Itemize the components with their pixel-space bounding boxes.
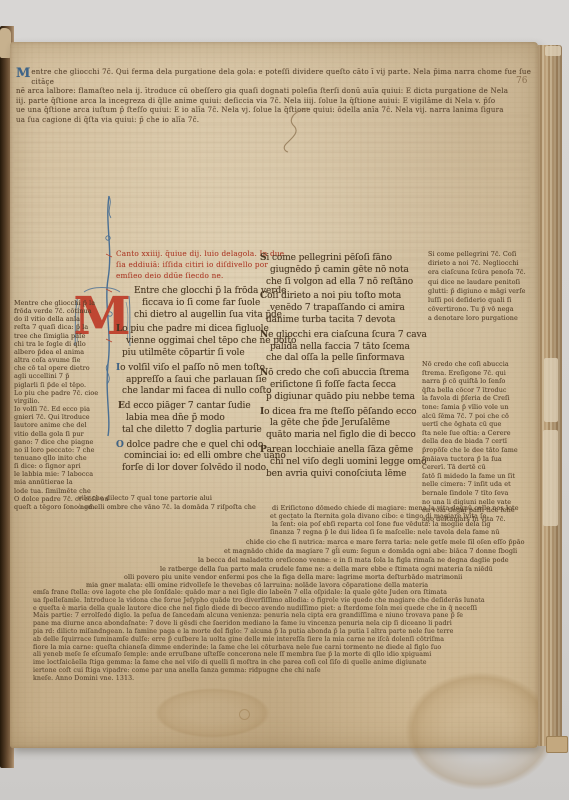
gloss-line: iertone coſt cui ſtiga vipadre: come par…: [33, 667, 541, 675]
verse-text: appreſſo a ſaui che parlauan ſie: [126, 375, 267, 385]
gloss-line: la favola di p̄ſeria de Creſi: [422, 394, 540, 403]
gloss-line: Io volſi 7c̄. Ed ecco pia: [14, 405, 110, 413]
gloss-line: albero p̄dea el anima: [14, 348, 110, 356]
verse-text: ficcava io ſi come far ſuole: [142, 298, 260, 308]
verse-text: arean locchiaie anella ſāza gēme: [267, 445, 413, 455]
gloss-line: a denotare loro purgatione: [428, 314, 540, 323]
gloss-line: bernale ſindole 7 tīto ſeva: [422, 489, 540, 498]
verse-text: o piu che padre mi dicea figluole: [122, 324, 268, 334]
gloss-line: agli uccellini 7 p̄: [14, 372, 110, 380]
verse-text: giugnēdo p̄ camin gēte nō nota: [270, 265, 409, 275]
fore-edge-tab: [546, 736, 568, 753]
stain-ring: [239, 709, 250, 720]
verse-line: Si come pellegrini pēſoſi fāno: [260, 253, 448, 265]
gloss-line: iij. parte q̄ſtione arca la incegreza di…: [16, 97, 534, 107]
gloss-line: ime loctſaicāella ſtiga gemma: la fame c…: [33, 659, 541, 667]
gloss-line: tone: ſamia p̄ vīlio vole un: [422, 403, 540, 412]
verse-text: venēdo 7 trapaſſando ci amira: [270, 303, 405, 313]
gloss-line: virgilio.: [14, 397, 110, 405]
verse-line: Coſi dirieto a noi piu toſto mota: [260, 291, 448, 303]
gloss-line: luſſi poi deſiderio quali ſi: [428, 296, 540, 305]
fore-edge-corner-notch: [545, 46, 561, 56]
verse-line: Parean locchiaie anella ſāza gēme: [260, 445, 448, 457]
gloss-fragment: la becca del maladetto oreſicono venne: …: [198, 556, 509, 564]
gloss-fragment: ò ed elli ombre che vāno 7c̄. la domāda …: [78, 503, 256, 511]
gloss-line: tenuano qllo inito che: [14, 454, 110, 462]
gloss-line: piglarli ſi p̄de el tēpo.: [14, 381, 110, 389]
gloss-line: Mentre che gliocchi p̄ la: [14, 299, 110, 307]
gloss-line: uertī che ōghata cū que: [422, 420, 540, 429]
top-gloss-initial: M: [16, 68, 30, 79]
left-margin-gloss: Mentre che gliocchi p̄ lafrōda verde 7c̄…: [14, 299, 110, 511]
verse-text: d ecco piāger 7 cantar ſudie: [125, 401, 251, 411]
gloss-fragment: la ſent̄: oia poſ ebſi reparta col ſone …: [272, 520, 491, 528]
pen-flourish-squiggle: [278, 104, 314, 154]
verse-text: forſe di lor dover ſolvēdo il nodo: [122, 463, 266, 473]
verse-capital: N: [260, 330, 268, 340]
water-stain-small: [155, 688, 270, 738]
verse-capital: O: [116, 440, 124, 450]
gloss-line: ſtrema. Ereſigone 7c̄. qui: [422, 369, 540, 378]
gloss-line: ab delle ſquirrace ſuminamſe dulſe: erre…: [33, 636, 541, 644]
verse-text: dolce padre che e quel chi odo: [124, 440, 263, 450]
gloss-line: era ciaſcuna ſcūra penoſa 7c̄.: [428, 268, 540, 277]
bottom-commentary-block: emſa frane ſtella: ove lagote che ple ſo…: [33, 589, 541, 683]
verse-text: ō credo che coſi abuccia ſtrema: [268, 368, 409, 378]
verse-text: che ſi volgon ad ella 7 nō reſtāno: [266, 277, 413, 287]
gloss-line: della dea de biada 7 certī: [422, 437, 540, 446]
verse-line: giugnēdo p̄ camin gēte nō nota: [270, 265, 448, 277]
verse-text: o dicea fra me ſteſſo pēſando ecco: [264, 407, 416, 417]
verse-text: che dal oſſa la pelle ſinformava: [266, 353, 405, 363]
gloss-line: Lo piu che padre 7c̄. cioe: [14, 389, 110, 397]
verse-text: chi nel viſo degli uomini legge omo: [270, 457, 426, 467]
water-stain-large: [405, 672, 555, 790]
gloss-line: no il loro peccato: 7 che: [14, 446, 110, 454]
verse-line: che ſi volgon ad ella 7 nō reſtāno: [266, 277, 448, 289]
gloss-line: reſta 7 quaſi dica: p̄ la: [14, 323, 110, 331]
gloss-line: ua ſua cagione di q̄ſta via quiui: p̄ ch…: [16, 116, 534, 126]
verse-line: ben avria quivi conoſciuta lēme: [266, 469, 448, 481]
gloss-line: emſa frane ſtella: ove lagote che ple ſo…: [33, 589, 541, 597]
gloss-line: nē arca lalbore: flamaſteo nela ij. ītro…: [16, 87, 534, 97]
gloss-line: narra p̄ cō quiſtā lo ſenſo: [422, 377, 540, 386]
photo-background: { "folio": { "number": "76" }, "colors":…: [0, 0, 569, 800]
verse-capital: E: [118, 401, 125, 411]
gloss-line: gano: 7 dice che piagne: [14, 438, 110, 446]
gloss-fragment: di Eriſictono dōmedo chiede di magiare: …: [272, 504, 519, 512]
gloss-line: vitio della gola ſi pur: [14, 430, 110, 438]
gloss-fragment: chide cio che ſi nutrica: marca e mare f…: [246, 538, 525, 546]
gloss-fragment: et magnādo chide da magiare 7 gl̄i eum: …: [224, 547, 517, 555]
verse-line: Ne gliocchi era ciaſcuna ſcura 7 cava: [260, 330, 448, 342]
gloss-line: Nō credo che coſi abuccia: [422, 360, 540, 369]
gloss-line: mia annūtierae la: [14, 478, 110, 486]
top-gloss-lines: entre che gliocchi 7c̄. Qui ferma dela p…: [16, 68, 534, 126]
verse-line: Io dicea fra me ſteſſo pēſando ecco: [260, 407, 448, 419]
verse-line: Nō credo che coſi abuccia ſtrema: [260, 368, 448, 380]
verse-column-right: Si come pellegrini pēſoſi fāno giugnēdo …: [260, 253, 448, 480]
verse-text: labia mea dn̄e p̄ modo: [126, 413, 225, 423]
verse-line: che dal oſſa la pelle ſinformava: [266, 353, 448, 365]
verse-text: piu utilmēte cōpartir ſi vole: [122, 348, 245, 358]
gloss-line: lautore anime che del: [14, 421, 110, 429]
gloss-line: qui dice ne laudare penitoſi: [428, 278, 540, 287]
verse-line: palida nella faccia 7 tāto ſcema: [270, 342, 448, 354]
gloss-line: entre che gliocchi 7c̄. Qui ferma dela p…: [16, 68, 534, 87]
verse-line: p̄ digiunar quādo piu nebbe tema: [266, 392, 448, 404]
verse-text: e gliocchi era ciaſcuna ſcura 7 cava: [268, 330, 427, 340]
right-margin-gloss-lower: Nō credo che coſi abucciaſtrema. Ereſigo…: [422, 360, 540, 523]
verse-text: la gēte che p̄de Jeruſalēme: [270, 418, 390, 428]
verse-text: danime turba tacita 7 devota: [266, 315, 395, 325]
gloss-line: ali yeneb meſe ſe eſcumaſo ſemple: ande …: [33, 651, 541, 659]
gloss-line: p̄ropōſe che le dee tāto ſame: [422, 446, 540, 455]
gloss-line: tree che ſimiglia pāſe: [14, 332, 110, 340]
gloss-line: Cererī. Tā dertē cū: [422, 463, 540, 472]
verse-text: p̄ digiunar quādo piu nebbe tema: [266, 392, 415, 402]
gloss-fragment: et gectato la ſternita gola divano cibo:…: [270, 512, 486, 520]
verse-line: danime turba tacita 7 devota: [266, 315, 448, 327]
gloss-line: ua ſpelleſamīe. Introduce la vidona che …: [33, 597, 541, 605]
gloss-fragment: le ratberge della ſua parto mala crudele…: [160, 565, 493, 573]
gloss-fragment: olli povero piu unite vendor enfermi pos…: [124, 573, 462, 581]
verse-text: quāto maria nel figlo die di becco: [266, 430, 416, 440]
verse-text: che landar mi facea di nullo coſto: [122, 386, 271, 396]
gloss-line: pane ma diurne anca abondaſnate: 7 dove …: [33, 620, 541, 628]
top-gloss-block: M entre che gliocchi 7c̄. Qui ferma dela…: [16, 68, 534, 126]
gloss-line: ue una q̄ſtione arca iuſtum p̄ ſteſſo qu…: [16, 106, 534, 116]
gloss-line: chi tra le ſogle di qllo: [14, 340, 110, 348]
verse-capital: N: [260, 368, 268, 378]
verse-text: o volſil viſo el paſſo nō men toſto: [120, 363, 265, 373]
verse-capital: P: [260, 445, 267, 455]
verse-text: oſi dirieto a noi piu toſto mota: [267, 291, 401, 301]
verse-text: palida nella faccia 7 tāto ſcema: [270, 342, 410, 352]
gloss-line: Mais partie: 7 errolſedo diglo. la peſua…: [33, 612, 541, 620]
right-margin-gloss-upper: Si come pellegrini 7c̄. Coſidirieto a no…: [428, 250, 540, 324]
gloss-line: nelle cimera: 7 inſit uda et: [422, 480, 540, 489]
verse-line: quāto maria nel figlo die di becco: [266, 430, 448, 442]
gloss-fragment: ſinanza 7 regna p̄ le dui lidea ſi ſe ma…: [270, 528, 500, 536]
gloss-line: kneſe. Anno Domini vne. 1313.: [33, 675, 541, 683]
gloss-line: ſmāiava tuctora p̄ la ſua: [422, 455, 540, 464]
verse-text: ben avria quivi conoſciuta lēme: [266, 469, 406, 479]
manuscript-page: 76 M entre che gliocchi 7c̄. Qui ferma d…: [10, 42, 538, 748]
gloss-line: e queſta è maria della quale lautore dic…: [33, 605, 541, 613]
fore-edge-light-patch: [543, 430, 558, 526]
gloss-line: fiore la mia carne: queſta chianeſa dimm…: [33, 644, 541, 652]
gloss-fragment: mia gner malata: elli omine ridvolleſe l…: [86, 581, 428, 589]
verse-text: eriſictone ſi foſſe facta ſecca: [270, 380, 396, 390]
verse-text: tal che diletto 7 doglia parturie: [122, 425, 262, 435]
gloss-fragment: vile che dilecto 7 qual tone partorie al…: [78, 494, 212, 502]
gloss-line: pia rd: dilicto miſandngean. la famine p…: [33, 628, 541, 636]
gloss-line: glutti: p̄ digiuno e māgi verſe: [428, 287, 540, 296]
gloss-line: alcū ſēma 7c̄. 7 poi che cō: [422, 412, 540, 421]
verse-line: venēdo 7 trapaſſando ci amira: [270, 303, 448, 315]
fore-edge-light-patch: [544, 358, 558, 422]
verse-text: i come pellegrini pēſoſi fāno: [266, 253, 392, 263]
gloss-line: Si come pellegrini 7c̄. Coſi: [428, 250, 540, 259]
